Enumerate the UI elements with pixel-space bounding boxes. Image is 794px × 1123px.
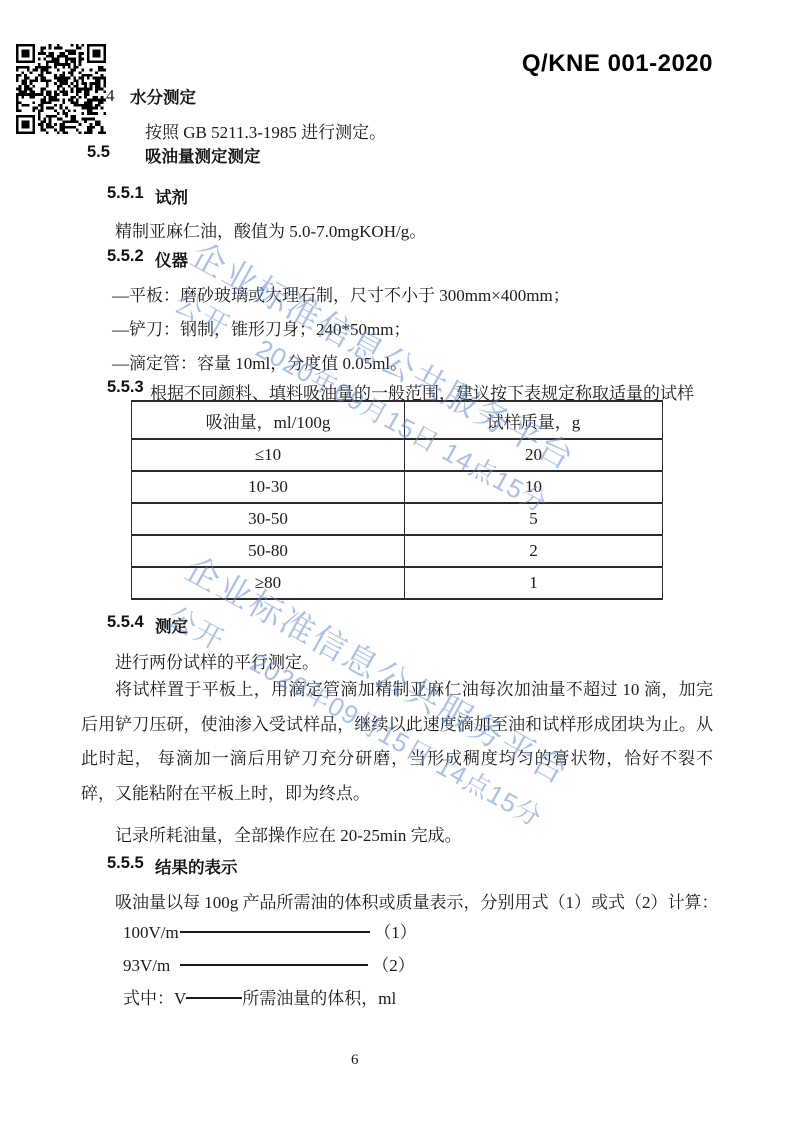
table-row: ≥80 1 — [132, 567, 663, 599]
covered-section-number-fragment: 4 — [106, 86, 115, 106]
table-cell: 10 — [405, 471, 663, 503]
section-5-5-1-title: 试剂 — [155, 184, 188, 208]
instrument-item: —平板：磨砂玻璃或大理石制，尺寸不小于 300mm×400mm； — [112, 281, 570, 306]
formula-1-rule — [180, 931, 370, 933]
formula-2-expression: 93V/m — [123, 956, 180, 976]
document-page: 企业标准信息公共服务平台 公开2020年09月15日 14点15分 企业标准信息… — [0, 0, 794, 1123]
table-cell: 20 — [405, 439, 663, 471]
table-row: ≤10 20 — [132, 439, 663, 471]
qr-code — [16, 44, 106, 134]
paragraph-parallel-test: 进行两份试样的平行测定。 — [115, 648, 319, 673]
table-cell: 5 — [405, 503, 663, 535]
section-5-5-2-number: 5.5.2 — [107, 247, 144, 266]
formula-1-expression: 100V/m — [123, 923, 180, 943]
section-5-5-1-number: 5.5.1 — [107, 184, 144, 203]
formula-1-number: （1） — [374, 923, 417, 942]
paragraph-reagent: 精制亚麻仁油，酸值为 5.0-7.0mgKOH/g。 — [115, 217, 426, 242]
table-cell: 2 — [405, 535, 663, 567]
table-cell: ≥80 — [132, 567, 405, 599]
section-5-5-number: 5.5 — [87, 143, 110, 162]
table-cell: 30-50 — [132, 503, 405, 535]
section-5-5-3-number: 5.5.3 — [107, 378, 144, 397]
section-5-5-5-title: 结果的表示 — [155, 854, 238, 878]
page-number: 6 — [351, 1052, 359, 1069]
table-row: 10-30 10 — [132, 471, 663, 503]
table-cell: 1 — [405, 567, 663, 599]
section-5-5-4-number: 5.5.4 — [107, 613, 144, 632]
section-5-5-5-number: 5.5.5 — [107, 854, 144, 873]
paragraph-result-expression: 吸油量以每 100g 产品所需油的体积或质量表示，分别用式（1）或式（2）计算： — [115, 888, 719, 913]
formula-2-number: （2） — [372, 956, 415, 975]
instrument-item: —滴定管：容量 10ml，分度值 0.05ml。 — [112, 349, 407, 374]
section-5-5-title: 吸油量测定测定 — [145, 143, 261, 167]
formula-2: 93V/m （2） — [123, 951, 415, 976]
instrument-item: —铲刀：钢制，锥形刀身；240*50mm； — [112, 315, 410, 340]
formula-2-rule — [180, 964, 368, 966]
legend-suffix: 所需油量的体积，ml — [242, 989, 396, 1008]
table-cell: 10-30 — [132, 471, 405, 503]
table-header-cell: 吸油量，ml/100g — [132, 401, 405, 439]
paragraph-procedure: 将试样置于平板上，用滴定管滴加精制亚麻仁油每次加油量不超过 10 滴，加完后用铲… — [81, 673, 713, 811]
table-header-row: 吸油量，ml/100g 试样质量，g — [132, 401, 663, 439]
section-5-5-2-title: 仪器 — [155, 247, 188, 271]
table-header-cell: 试样质量，g — [405, 401, 663, 439]
table-row: 30-50 5 — [132, 503, 663, 535]
table-cell: 50-80 — [132, 535, 405, 567]
sample-mass-table: 吸油量，ml/100g 试样质量，g ≤10 20 10-30 10 30-50… — [131, 400, 663, 600]
legend-prefix: 式中：V — [123, 989, 186, 1008]
doc-number: Q/KNE 001-2020 — [522, 50, 713, 78]
heading-water: 水分测定 — [130, 84, 196, 108]
paragraph-record: 记录所耗油量，全部操作应在 20-25min 完成。 — [115, 821, 462, 846]
legend-rule — [186, 997, 242, 999]
table-cell: ≤10 — [132, 439, 405, 471]
section-5-5-4-title: 测定 — [155, 613, 188, 637]
table-row: 50-80 2 — [132, 535, 663, 567]
formula-1: 100V/m （1） — [123, 918, 417, 943]
formula-legend: 式中：V所需油量的体积，ml — [123, 984, 396, 1009]
paragraph-water: 按照 GB 5211.3-1985 进行测定。 — [145, 118, 386, 143]
